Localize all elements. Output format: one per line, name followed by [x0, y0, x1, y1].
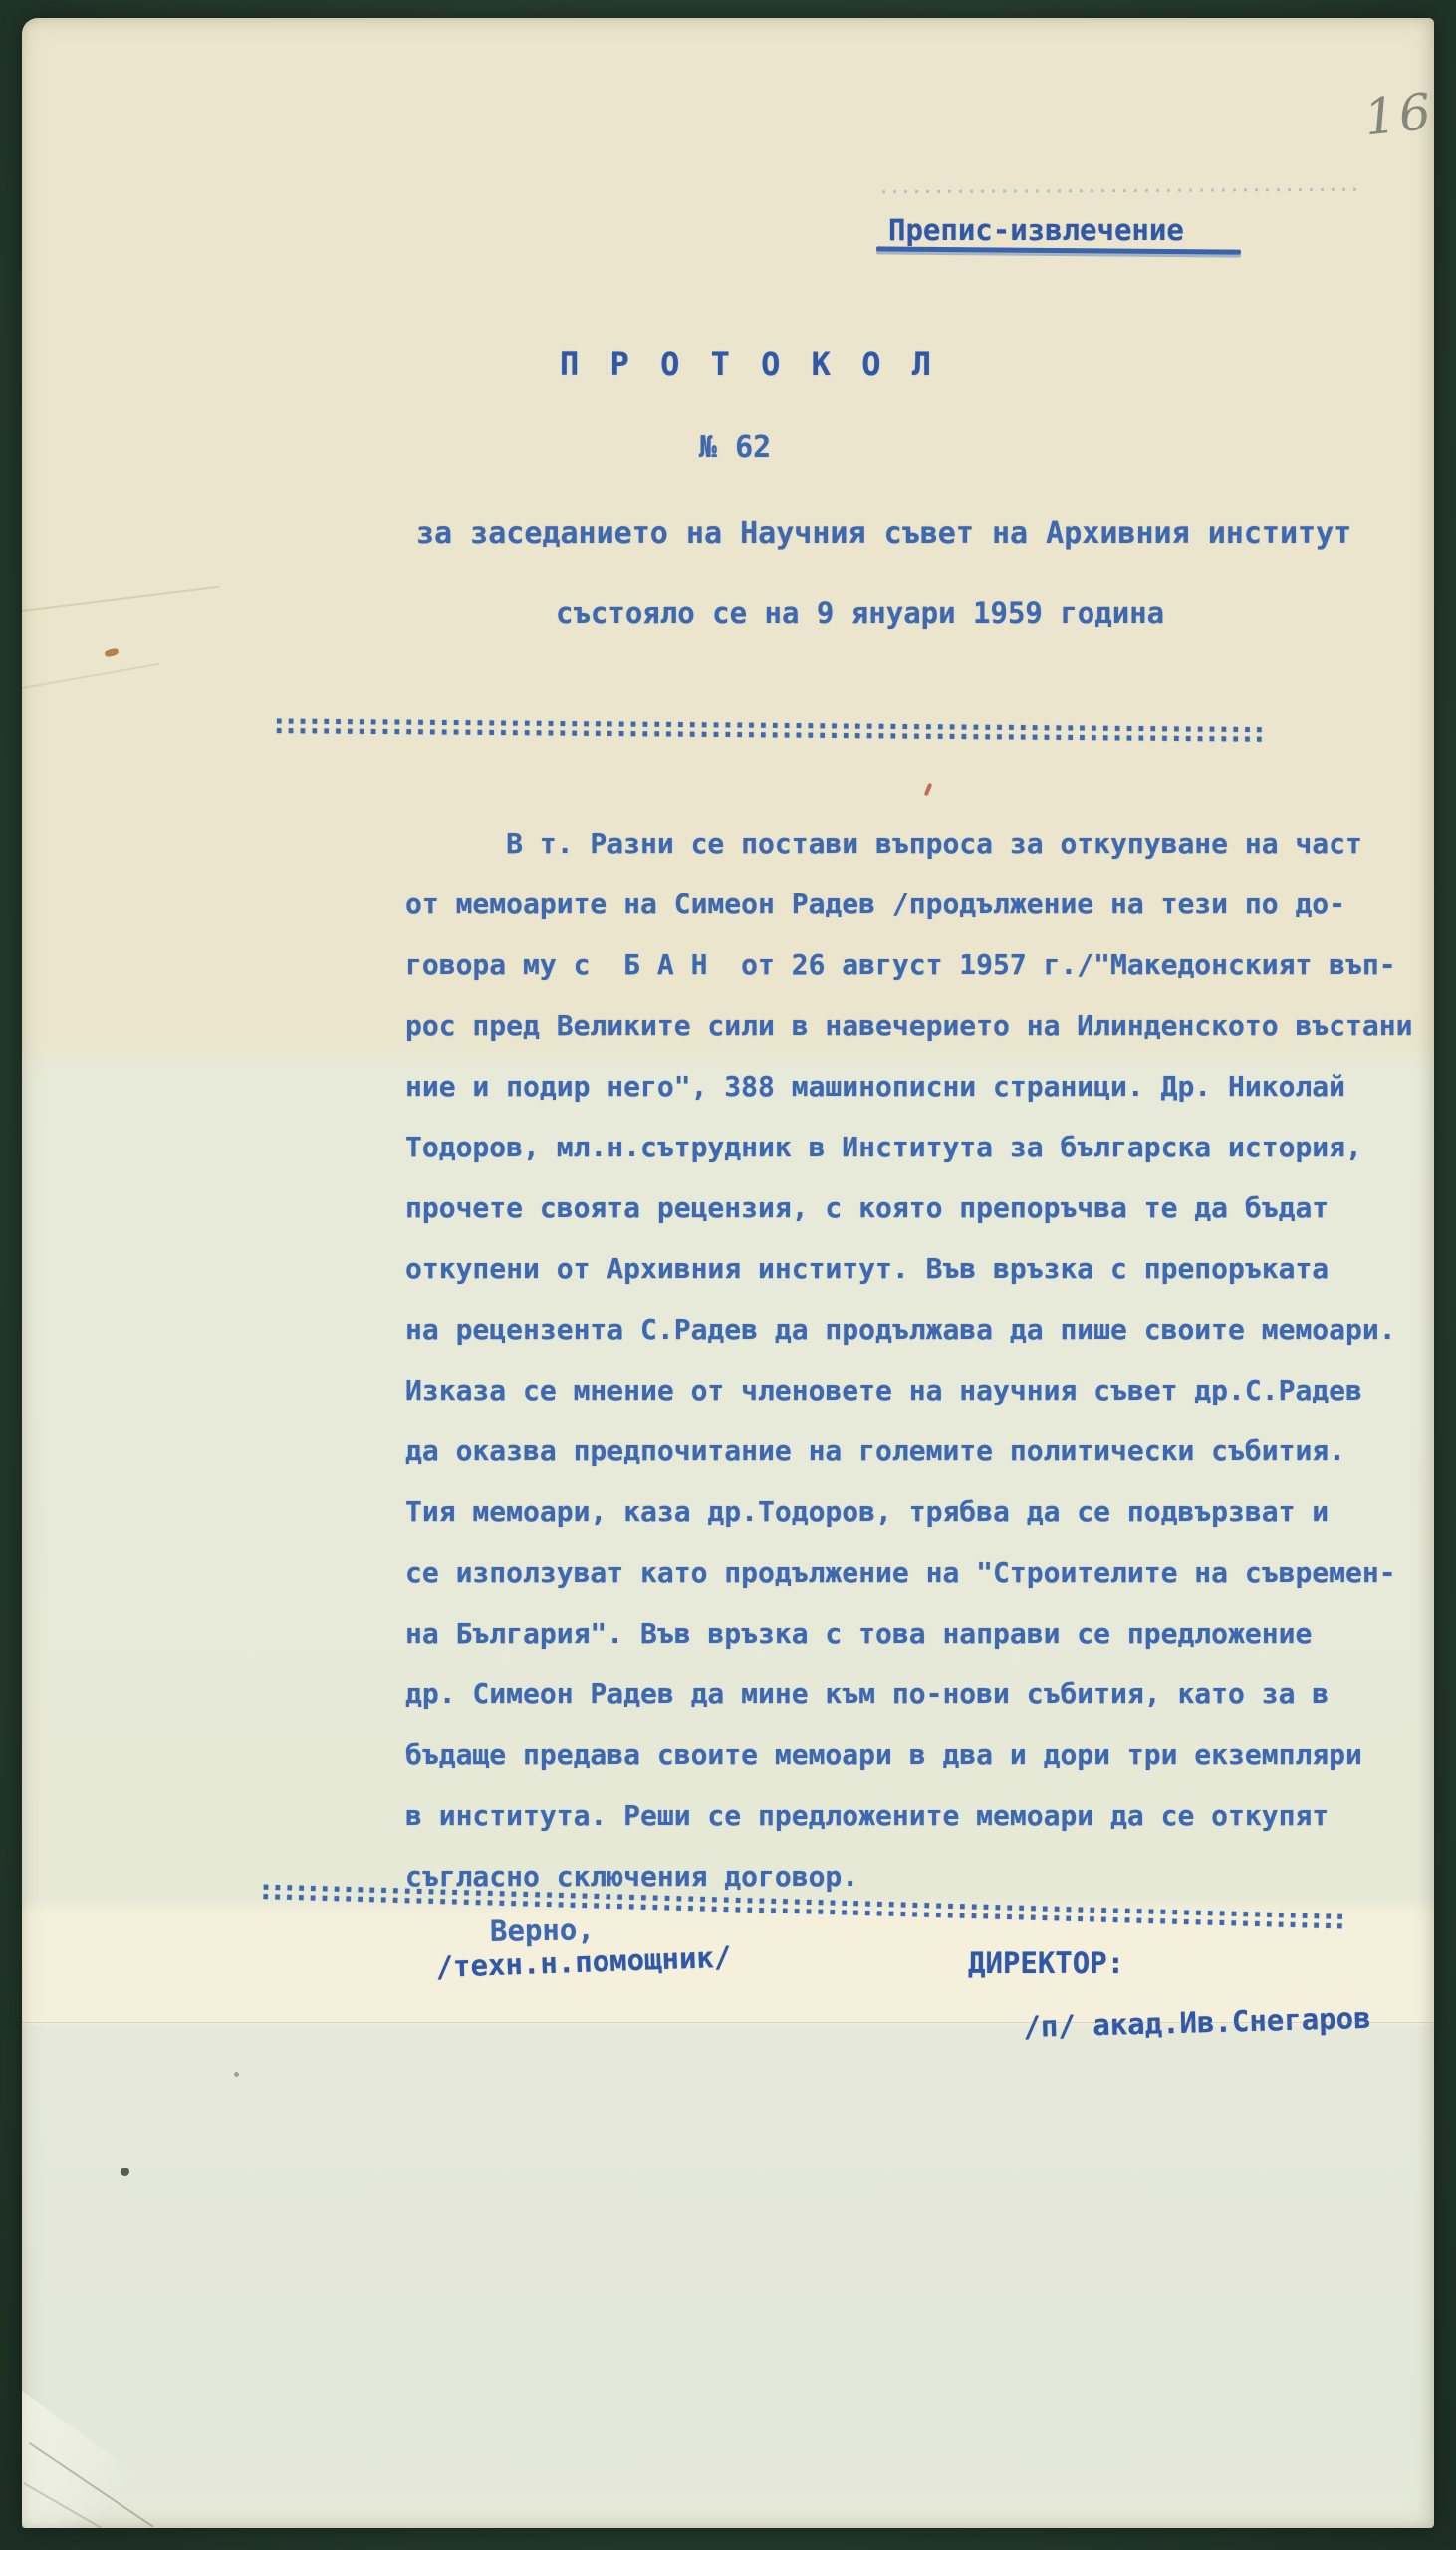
protocol-number: № 62 [699, 430, 771, 465]
certified-label: Верно, [490, 1912, 595, 1948]
paper-fold-edge [22, 2022, 1434, 2023]
faint-dotted-rule [882, 188, 1356, 193]
small-speck [234, 2072, 239, 2077]
document-page: 16 Препис-извлечение П Р О Т О К О Л № 6… [22, 18, 1434, 2528]
body-paragraph: В т. Разни се постави въпроса за откупув… [405, 813, 1412, 1907]
copy-extract-underline [876, 246, 1241, 254]
protocol-title: П Р О Т О К О Л [560, 345, 937, 382]
session-line: за заседанието на Научния съвет на Архив… [416, 516, 1351, 551]
certified-position: /техн.н.помощник/ [435, 1940, 732, 1984]
date-line: състояло се на 9 януари 1959 година [556, 596, 1164, 630]
scan-background: { "document": { "page_number_handwritten… [0, 0, 1456, 2550]
copy-extract-label: Препис-извлечение [888, 213, 1184, 247]
director-label: ДИРЕКТОР: [968, 1946, 1124, 1980]
separator-top: ::::::::::::::::::::::::::::::::::::::::… [271, 707, 1263, 749]
dark-speck [121, 2167, 129, 2176]
handwritten-page-number: 16 [1361, 83, 1436, 147]
